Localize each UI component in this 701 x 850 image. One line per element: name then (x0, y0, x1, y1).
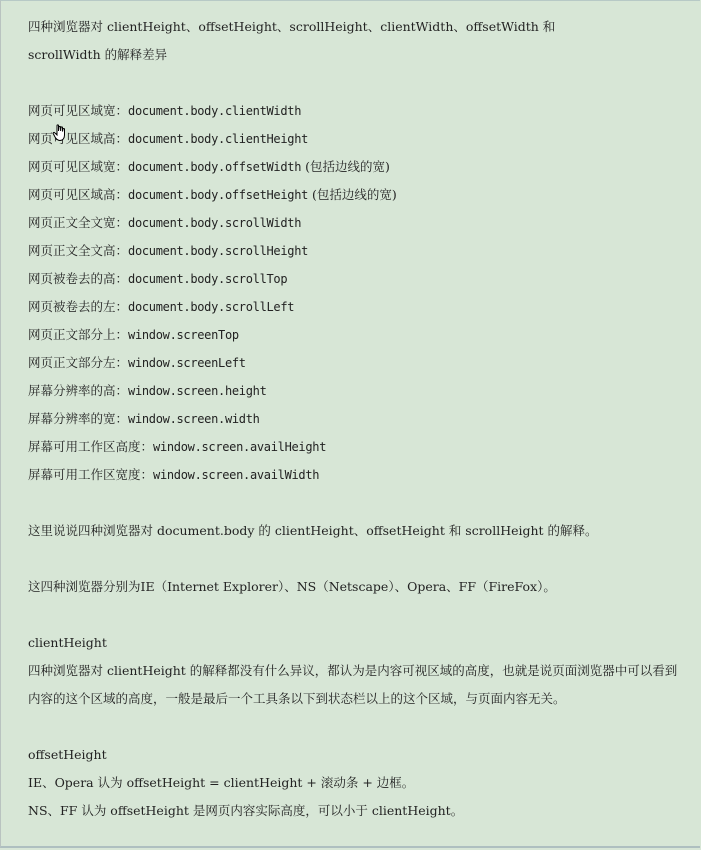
property-code: document.body.scrollTop (128, 272, 287, 286)
property-code: window.screenLeft (128, 356, 246, 370)
property-code: window.screen.availWidth (153, 468, 319, 482)
property-row: 网页被卷去的左：document.body.scrollLeft (28, 293, 688, 321)
property-code: document.body.clientHeight (128, 132, 308, 146)
property-label: 屏幕可用工作区高度： (28, 439, 153, 454)
property-code: document.body.clientWidth (128, 104, 301, 118)
property-label: 网页被卷去的高： (28, 271, 128, 286)
property-row: 网页正文部分左：window.screenLeft (28, 349, 688, 377)
client-height-body: 四种浏览器对 clientHeight 的解释都没有什么异议，都认为是内容可视区… (28, 657, 688, 713)
property-code: document.body.scrollWidth (128, 216, 301, 230)
property-note: (包括边线的宽) (308, 187, 397, 202)
property-code: window.screenTop (128, 328, 239, 342)
property-row: 网页正文全文高：document.body.scrollHeight (28, 237, 688, 265)
title-line-2: scrollWidth 的解释差异 (28, 41, 688, 69)
property-label: 网页可见区域高： (28, 187, 128, 202)
article-content: 四种浏览器对 clientHeight、offsetHeight、scrollH… (28, 13, 688, 825)
property-label: 屏幕可用工作区宽度： (28, 467, 153, 482)
property-code: document.body.scrollHeight (128, 244, 308, 258)
property-label: 网页正文部分上： (28, 327, 128, 342)
browsers-paragraph: 这四种浏览器分别为IE（Internet Explorer）、NS（Netsca… (28, 573, 688, 601)
property-label: 网页正文部分左： (28, 355, 128, 370)
intro-paragraph: 这里说说四种浏览器对 document.body 的 clientHeight、… (28, 517, 688, 545)
property-row: 网页可见区域高：document.body.clientHeight (28, 125, 688, 153)
property-label: 网页可见区域高： (28, 131, 128, 146)
offset-height-line-1: IE、Opera 认为 offsetHeight = clientHeight … (28, 769, 688, 797)
property-note: (包括边线的宽) (301, 159, 390, 174)
title-line-1: 四种浏览器对 clientHeight、offsetHeight、scrollH… (28, 13, 688, 41)
property-row: 网页可见区域宽：document.body.clientWidth (28, 97, 688, 125)
hand-pointer-icon (52, 124, 68, 142)
property-code: document.body.scrollLeft (128, 300, 294, 314)
client-height-heading: clientHeight (28, 629, 688, 657)
property-row: 屏幕分辨率的宽：window.screen.width (28, 405, 688, 433)
property-code: window.screen.availHeight (153, 440, 326, 454)
property-list: 网页可见区域宽：document.body.clientWidth网页可见区域高… (28, 97, 688, 489)
property-row: 网页可见区域高：document.body.offsetHeight (包括边线… (28, 181, 688, 209)
property-label: 屏幕分辨率的高： (28, 383, 128, 398)
property-label: 屏幕分辨率的宽： (28, 411, 128, 426)
property-label: 网页被卷去的左： (28, 299, 128, 314)
property-code: window.screen.width (128, 412, 260, 426)
property-row: 屏幕分辨率的高：window.screen.height (28, 377, 688, 405)
property-code: document.body.offsetWidth (128, 160, 301, 174)
property-row: 网页正文全文宽：document.body.scrollWidth (28, 209, 688, 237)
property-row: 屏幕可用工作区宽度：window.screen.availWidth (28, 461, 688, 489)
property-label: 网页可见区域宽： (28, 159, 128, 174)
offset-height-heading: offsetHeight (28, 741, 688, 769)
property-label: 网页可见区域宽： (28, 103, 128, 118)
property-row: 网页被卷去的高：document.body.scrollTop (28, 265, 688, 293)
property-label: 网页正文全文宽： (28, 215, 128, 230)
property-label: 网页正文全文高： (28, 243, 128, 258)
property-row: 网页正文部分上：window.screenTop (28, 321, 688, 349)
property-row: 网页可见区域宽：document.body.offsetWidth (包括边线的… (28, 153, 688, 181)
property-code: document.body.offsetHeight (128, 188, 308, 202)
property-row: 屏幕可用工作区高度：window.screen.availHeight (28, 433, 688, 461)
article-panel: 四种浏览器对 clientHeight、offsetHeight、scrollH… (0, 0, 700, 848)
property-code: window.screen.height (128, 384, 267, 398)
offset-height-line-2: NS、FF 认为 offsetHeight 是网页内容实际高度，可以小于 cli… (28, 797, 688, 825)
